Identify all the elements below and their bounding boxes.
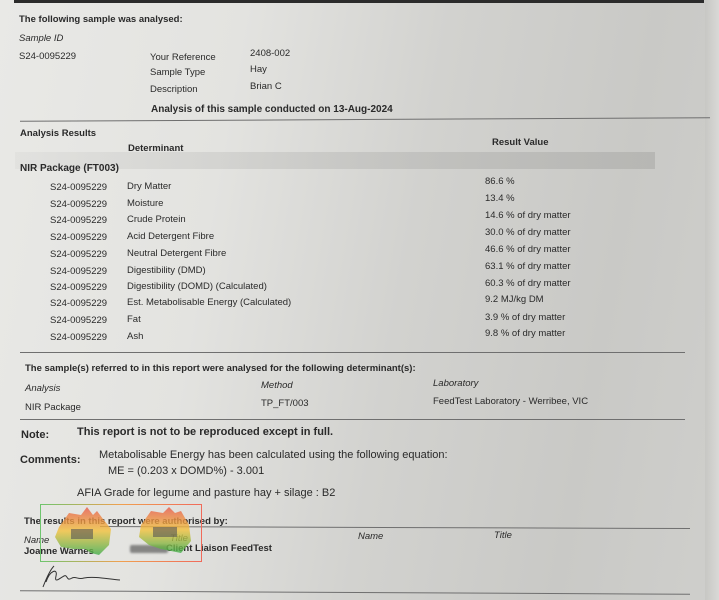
row-result-value: 3.9 % of dry matter [485, 312, 565, 323]
row-sample-id: S24-0095229 [50, 282, 107, 293]
laboratory-header: Laboratory [433, 378, 478, 389]
title-label-2: Title [494, 530, 512, 541]
row-sample-id: S24-0095229 [50, 315, 107, 326]
row-result-value: 30.0 % of dry matter [485, 227, 571, 238]
sample-id-label: Sample ID [19, 33, 63, 44]
divider [20, 590, 690, 595]
me-equation: ME = (0.203 x DOMD%) - 3.001 [108, 465, 264, 477]
name-label-2: Name [358, 531, 383, 542]
sample-type-label: Sample Type [150, 67, 205, 78]
methods-heading: The sample(s) referred to in this report… [25, 363, 416, 374]
comments-line: Metabolisable Energy has been calculated… [99, 449, 448, 461]
table-row: S24-0095229Ash9.8 % of dry matter [0, 0, 719, 16]
sample-type-value: Hay [250, 64, 267, 75]
row-determinant: Fat [127, 314, 141, 325]
row-result-value: 9.2 MJ/kg DM [485, 294, 544, 305]
row-determinant: Dry Matter [127, 181, 171, 192]
australia-map-icon [41, 505, 201, 561]
description-value: Brian C [250, 81, 282, 92]
method-code: TP_FT/003 [261, 398, 309, 409]
method-analysis: NIR Package [25, 402, 81, 413]
row-sample-id: S24-0095229 [50, 215, 107, 226]
row-result-value: 14.6 % of dry matter [485, 210, 571, 221]
signature-icon [38, 562, 128, 592]
row-determinant: Acid Detergent Fibre [127, 231, 214, 242]
your-reference-value: 2408-002 [250, 48, 290, 59]
row-sample-id: S24-0095229 [50, 199, 107, 210]
description-label: Description [150, 84, 198, 95]
row-result-value: 86.6 % [485, 176, 515, 187]
afia-grade: AFIA Grade for legume and pasture hay + … [77, 487, 335, 499]
analysis-date: Analysis of this sample conducted on 13-… [151, 104, 393, 115]
row-determinant: Digestibility (DOMD) (Calculated) [127, 281, 267, 292]
row-sample-id: S24-0095229 [50, 332, 107, 343]
row-determinant: Moisture [127, 198, 163, 209]
row-determinant: Crude Protein [127, 214, 186, 225]
row-sample-id: S24-0095229 [50, 249, 107, 260]
note-label: Note: [21, 429, 49, 441]
row-result-value: 13.4 % [485, 193, 515, 204]
divider [20, 352, 685, 353]
row-result-value: 46.6 % of dry matter [485, 244, 571, 255]
page-edge [705, 0, 719, 600]
result-value-header: Result Value [492, 137, 549, 148]
your-reference-label: Your Reference [150, 52, 216, 63]
row-determinant: Est. Metabolisable Energy (Calculated) [127, 297, 291, 308]
row-sample-id: S24-0095229 [50, 298, 107, 309]
row-result-value: 63.1 % of dry matter [485, 261, 571, 272]
method-header: Method [261, 380, 293, 391]
results-heading: Analysis Results [20, 128, 96, 139]
row-result-value: 60.3 % of dry matter [485, 278, 571, 289]
note-text: This report is not to be reproduced exce… [77, 426, 333, 438]
row-sample-id: S24-0095229 [50, 232, 107, 243]
analysis-header: Analysis [25, 383, 60, 394]
watermark-logo [40, 504, 202, 562]
row-determinant: Digestibility (DMD) [127, 265, 206, 276]
row-determinant: Neutral Detergent Fibre [127, 248, 226, 259]
row-determinant: Ash [127, 331, 143, 342]
divider [20, 419, 685, 420]
laboratory-name: FeedTest Laboratory - Werribee, VIC [433, 396, 588, 407]
package-title: NIR Package (FT003) [20, 163, 119, 174]
row-sample-id: S24-0095229 [50, 266, 107, 277]
sample-id: S24-0095229 [19, 51, 76, 62]
row-sample-id: S24-0095229 [50, 182, 107, 193]
row-result-value: 9.8 % of dry matter [485, 328, 565, 339]
divider [20, 117, 710, 122]
comments-label: Comments: [20, 454, 81, 466]
